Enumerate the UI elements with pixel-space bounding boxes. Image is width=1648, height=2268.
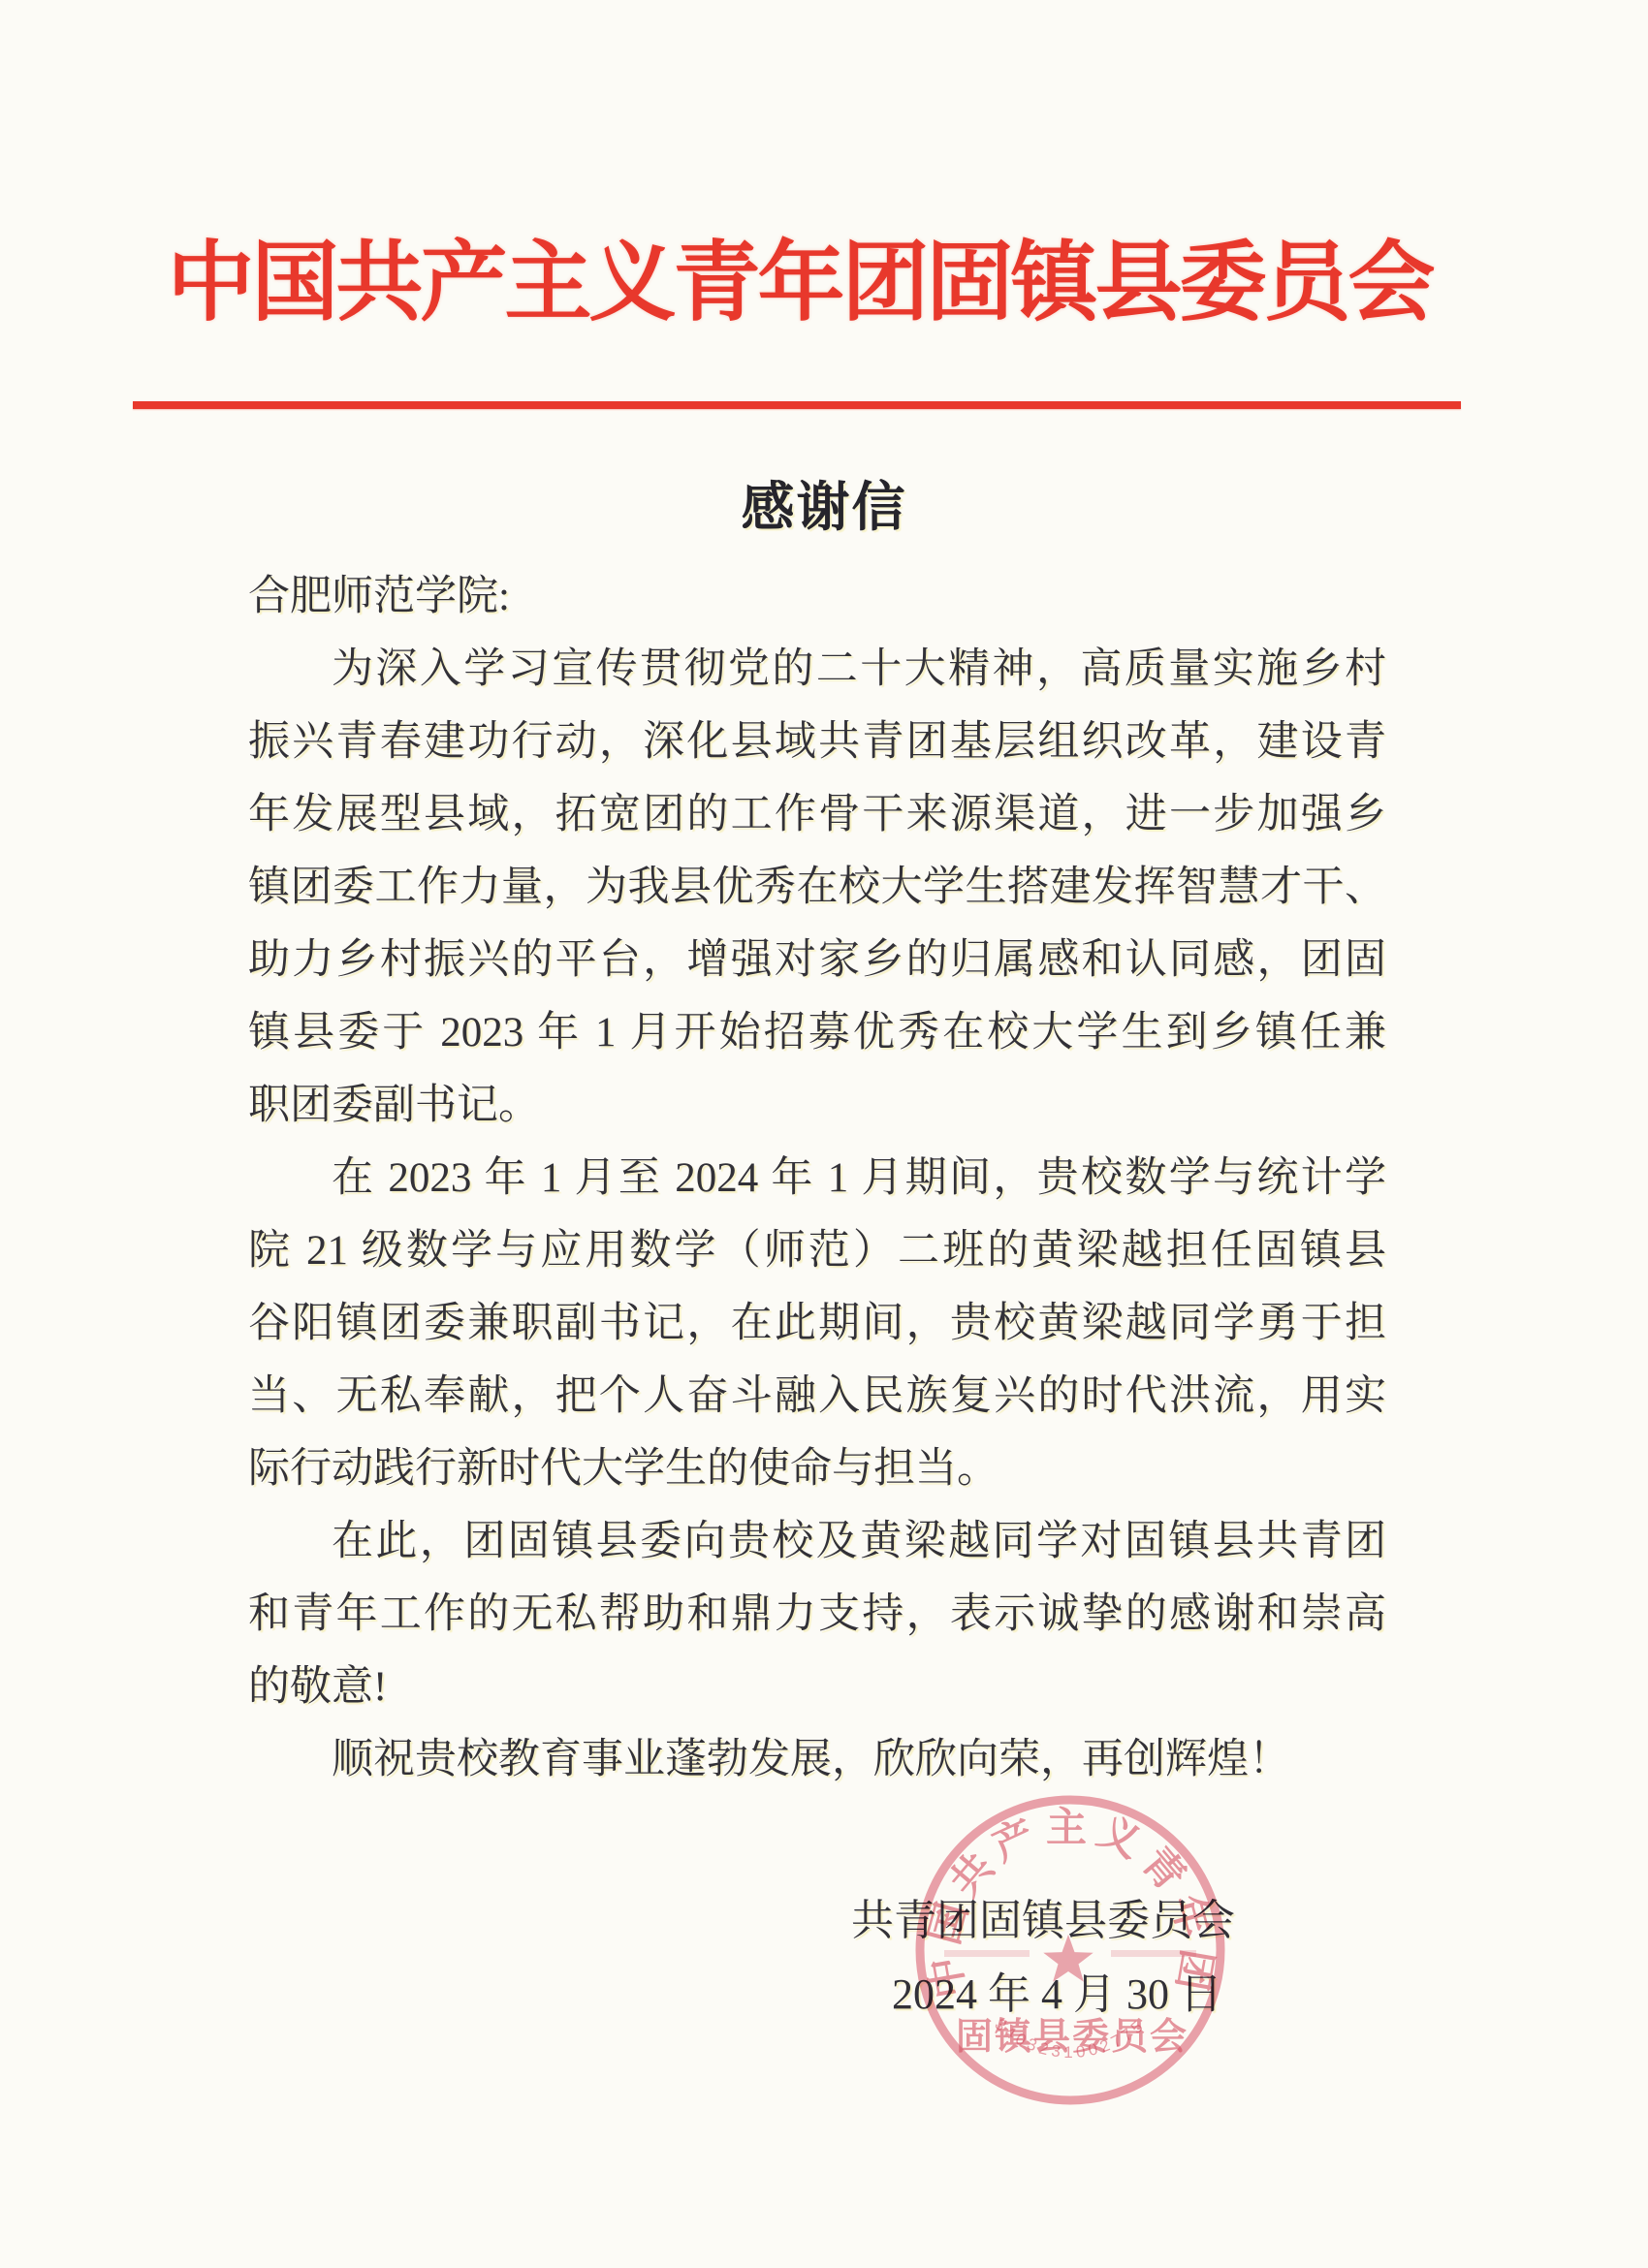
body-line: 镇县委于 2023 年 1 月开始招募优秀在校大学生到乡镇任兼 — [248, 996, 1386, 1069]
seal-star-icon — [1043, 1935, 1093, 1982]
body-line: 在 2023 年 1 月至 2024 年 1 月期间，贵校数学与统计学 — [248, 1142, 1386, 1214]
body-line: 的敬意! — [248, 1651, 1386, 1723]
letter-title: 感谢信 — [255, 477, 1393, 539]
body-line: 振兴青春建功行动，深化县域共青团基层组织改革，建设青 — [248, 706, 1386, 778]
salutation: 合肥师范学院: — [248, 560, 1386, 633]
body-line: 院 21 级数学与应用数学（师范）二班的黄梁越担任固镇县 — [248, 1214, 1386, 1287]
letter-body: 合肥师范学院: 为深入学习宣传贯彻党的二十大精神，高质量实施乡村振兴青春建功行动… — [248, 560, 1386, 1796]
letterhead-org-name: 中国共产主义青年团固镇县委员会 — [136, 236, 1464, 332]
letter-page: 中国共产主义青年团固镇县委员会 感谢信 合肥师范学院: 为深入学习宣传贯彻党的二… — [0, 0, 1648, 2268]
seal-smudge-left — [944, 1950, 1030, 1957]
letterhead-divider — [133, 401, 1461, 409]
body-line: 镇团委工作力量，为我县优秀在校大学生搭建发挥智慧才干、 — [248, 851, 1386, 924]
body-line: 在此，团固镇县委向贵校及黄梁越同学对固镇县共青团 — [248, 1505, 1386, 1578]
letter-paragraphs: 为深入学习宣传贯彻党的二十大精神，高质量实施乡村振兴青春建功行动，深化县域共青团… — [248, 633, 1386, 1796]
seal-smudge-right — [1111, 1950, 1196, 1957]
body-line: 际行动践行新时代大学生的使命与担当。 — [248, 1433, 1386, 1505]
body-line: 年发展型县域，拓宽团的工作骨干来源渠道，进一步加强乡 — [248, 778, 1386, 851]
body-line: 为深入学习宣传贯彻党的二十大精神，高质量实施乡村 — [248, 633, 1386, 706]
body-line: 助力乡村振兴的平台，增强对家乡的归属感和认同感，团固 — [248, 924, 1386, 996]
body-line: 谷阳镇团委兼职副书记，在此期间，贵校黄梁越同学勇于担 — [248, 1287, 1386, 1360]
body-line: 当、无私奉献，把个人奋斗融入民族复兴的时代洪流，用实 — [248, 1360, 1386, 1433]
official-seal: 中国共产主义青年团 固镇县委员会 3403231002775 — [905, 1785, 1235, 2115]
body-line: 职团委副书记。 — [248, 1069, 1386, 1142]
body-line: 和青年工作的无私帮助和鼎力支持，表示诚挚的感谢和崇高 — [248, 1578, 1386, 1651]
